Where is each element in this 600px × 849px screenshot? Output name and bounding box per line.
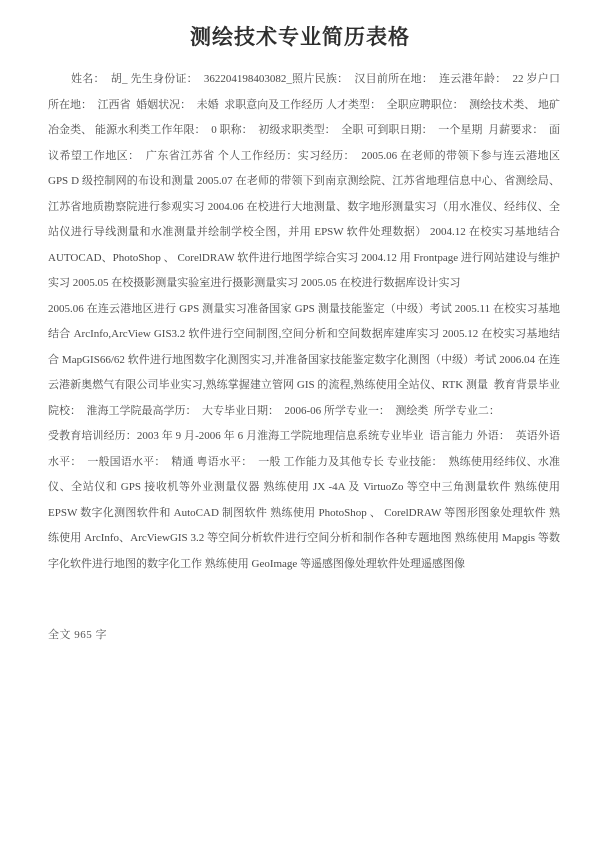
document-title: 测绘技术专业简历表格 [0,0,600,51]
paragraph-internships-and-education: 2005.06 在连云港地区进行 GPS 测量实习准备国家 GPS 测量技能鉴定… [48,297,560,425]
resume-document-page: 测绘技术专业简历表格 姓名： 胡_ 先生身份证： 362204198403082… [0,0,600,849]
paragraph-training-language-skills: 受教育培训经历：2003 年 9 月-2006 年 6 月淮海工学院地理信息系统… [48,424,560,577]
document-body: 姓名： 胡_ 先生身份证： 362204198403082_照片民族： 汉目前所… [48,67,560,577]
paragraph-basic-info-and-internships: 姓名： 胡_ 先生身份证： 362204198403082_照片民族： 汉目前所… [48,67,560,297]
word-count-label: 全文 965 字 [48,626,107,642]
